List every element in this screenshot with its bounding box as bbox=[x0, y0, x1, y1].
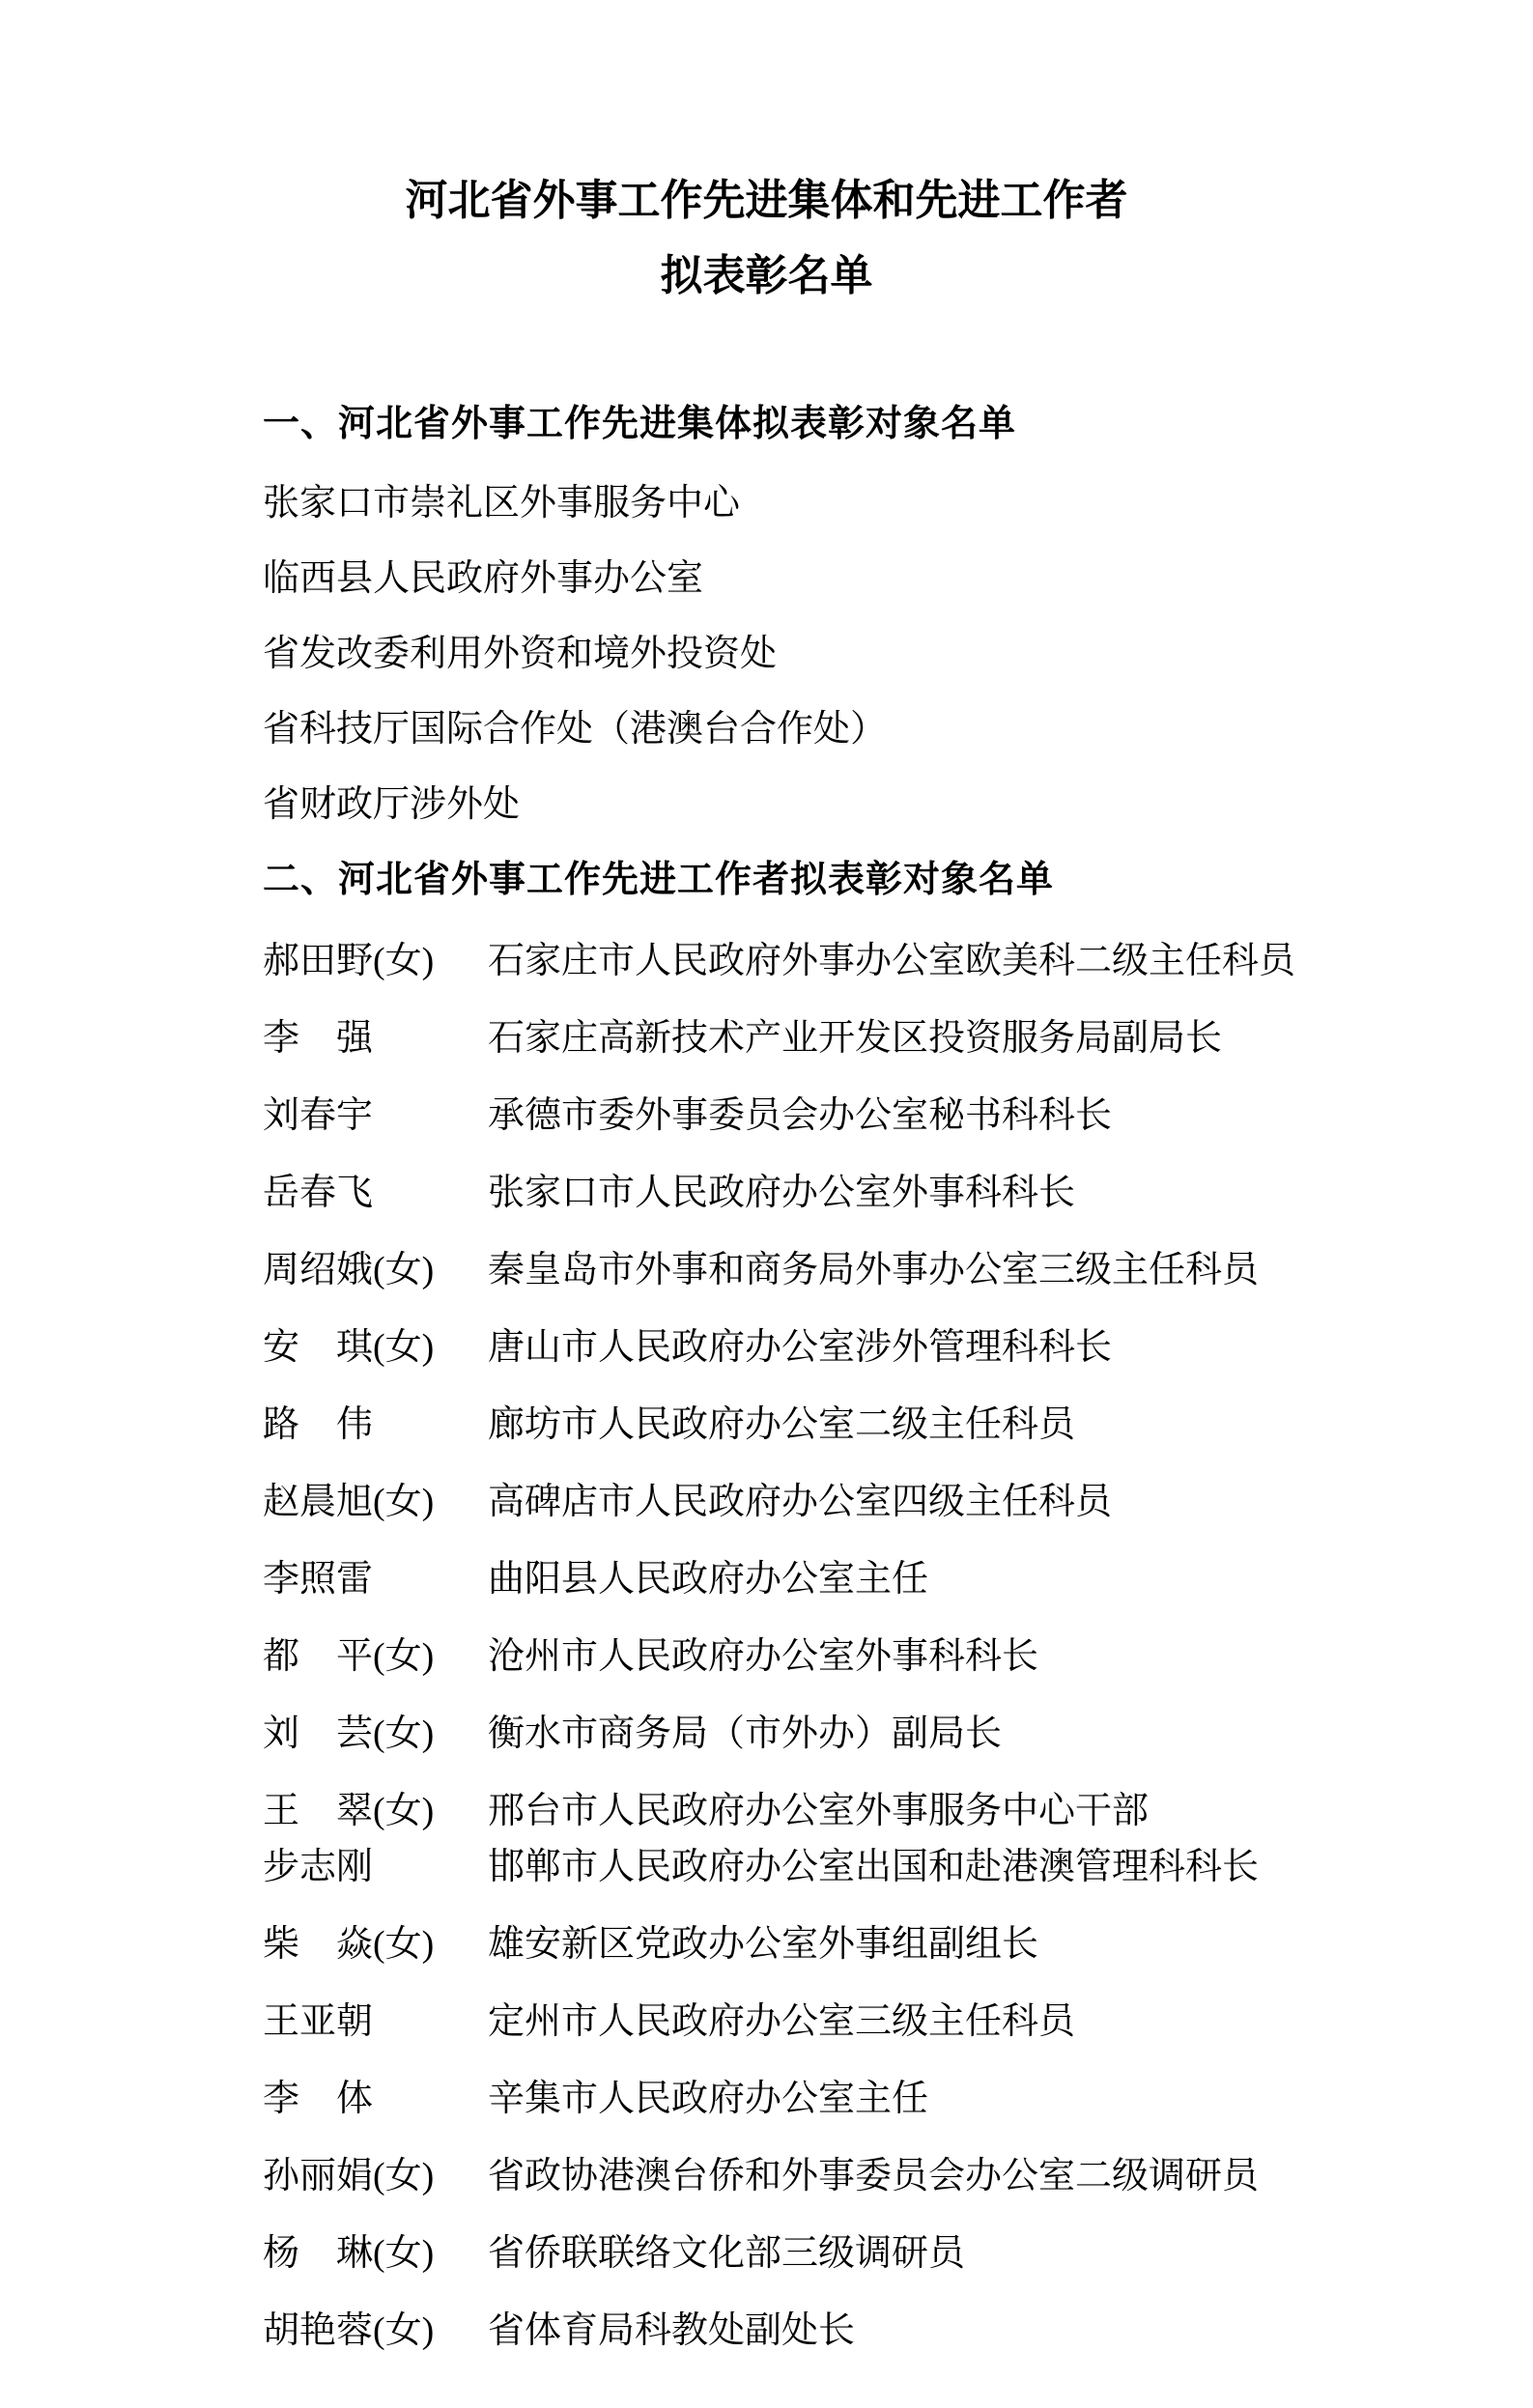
worker-name: 岳春飞 bbox=[263, 1175, 488, 1211]
worker-position: 省体育局科教处副处长 bbox=[488, 2312, 1378, 2349]
section2-heading: 二、河北省外事工作先进工作者拟表彰对象名单 bbox=[263, 862, 1378, 898]
worker-position: 衡水市商务局（市外办）副局长 bbox=[488, 1715, 1378, 1752]
worker-row: 李 体 辛集市人民政府办公室主任 bbox=[263, 2081, 1378, 2117]
worker-position: 邯郸市人民政府办公室出国和赴港澳管理科科长 bbox=[488, 1849, 1378, 1885]
worker-position: 辛集市人民政府办公室主任 bbox=[488, 2081, 1378, 2117]
worker-position: 雄安新区党政办公室外事组副组长 bbox=[488, 1926, 1378, 1963]
worker-row: 杨 琳(女) 省侨联联络文化部三级调研员 bbox=[263, 2235, 1378, 2272]
collective-list-item: 省科技厅国际合作处（港澳台合作处） bbox=[263, 711, 1378, 748]
section2-worker-list: 郝田野(女) 石家庄市人民政府外事办公室欧美科二级主任科员 李 强 石家庄高新技… bbox=[263, 943, 1378, 2349]
worker-row: 李 强 石家庄高新技术产业开发区投资服务局副局长 bbox=[263, 1020, 1378, 1057]
worker-position: 张家口市人民政府办公室外事科科长 bbox=[488, 1175, 1378, 1211]
worker-position: 邢台市人民政府办公室外事服务中心干部 bbox=[488, 1793, 1378, 1829]
worker-name: 王亚朝 bbox=[263, 2003, 488, 2040]
worker-name: 刘 芸(女) bbox=[263, 1715, 488, 1752]
collective-list-item: 临西县人民政府外事办公室 bbox=[263, 560, 1378, 597]
collective-list-item: 张家口市崇礼区外事服务中心 bbox=[263, 485, 1378, 522]
worker-name: 李 强 bbox=[263, 1020, 488, 1057]
worker-name: 路 伟 bbox=[263, 1406, 488, 1443]
worker-position: 廊坊市人民政府办公室二级主任科员 bbox=[488, 1406, 1378, 1443]
worker-name: 杨 琳(女) bbox=[263, 2235, 488, 2272]
worker-row: 步志刚 邯郸市人民政府办公室出国和赴港澳管理科科长 bbox=[263, 1849, 1378, 1885]
worker-row: 刘春宇 承德市委外事委员会办公室秘书科科长 bbox=[263, 1097, 1378, 1134]
worker-row: 郝田野(女) 石家庄市人民政府外事办公室欧美科二级主任科员 bbox=[263, 943, 1378, 979]
worker-position: 石家庄市人民政府外事办公室欧美科二级主任科员 bbox=[488, 943, 1378, 979]
document-body: 一、河北省外事工作先进集体拟表彰对象名单 张家口市崇礼区外事服务中心 临西县人民… bbox=[263, 406, 1378, 2349]
worker-name: 王 翠(女) bbox=[263, 1793, 488, 1829]
worker-name: 周绍娥(女) bbox=[263, 1252, 488, 1289]
document-page: 河北省外事工作先进集体和先进工作者 拟表彰名单 一、河北省外事工作先进集体拟表彰… bbox=[0, 0, 1533, 2408]
worker-row: 安 琪(女) 唐山市人民政府办公室涉外管理科科长 bbox=[263, 1329, 1378, 1366]
worker-name: 李照雷 bbox=[263, 1561, 488, 1598]
worker-position: 省政协港澳台侨和外事委员会办公室二级调研员 bbox=[488, 2158, 1378, 2195]
title-line-2: 拟表彰名单 bbox=[0, 255, 1533, 297]
document-title: 河北省外事工作先进集体和先进工作者 拟表彰名单 bbox=[0, 0, 1533, 297]
worker-name: 安 琪(女) bbox=[263, 1329, 488, 1366]
section1-collective-list: 张家口市崇礼区外事服务中心 临西县人民政府外事办公室 省发改委利用外资和境外投资… bbox=[263, 485, 1378, 823]
worker-position: 沧州市人民政府办公室外事科科长 bbox=[488, 1638, 1378, 1675]
worker-row: 王亚朝 定州市人民政府办公室三级主任科员 bbox=[263, 2003, 1378, 2040]
worker-position: 唐山市人民政府办公室涉外管理科科长 bbox=[488, 1329, 1378, 1366]
collective-list-item: 省发改委利用外资和境外投资处 bbox=[263, 636, 1378, 672]
worker-row: 胡艳蓉(女) 省体育局科教处副处长 bbox=[263, 2312, 1378, 2349]
title-line-1: 河北省外事工作先进集体和先进工作者 bbox=[0, 180, 1533, 222]
worker-row: 岳春飞 张家口市人民政府办公室外事科科长 bbox=[263, 1175, 1378, 1211]
worker-name: 李 体 bbox=[263, 2081, 488, 2117]
worker-position: 高碑店市人民政府办公室四级主任科员 bbox=[488, 1484, 1378, 1520]
section1-heading: 一、河北省外事工作先进集体拟表彰对象名单 bbox=[263, 406, 1378, 442]
worker-position: 曲阳县人民政府办公室主任 bbox=[488, 1561, 1378, 1598]
worker-name: 步志刚 bbox=[263, 1849, 488, 1885]
collective-list-item: 省财政厅涉外处 bbox=[263, 786, 1378, 823]
worker-row: 李照雷 曲阳县人民政府办公室主任 bbox=[263, 1561, 1378, 1598]
worker-position: 定州市人民政府办公室三级主任科员 bbox=[488, 2003, 1378, 2040]
worker-row: 赵晨旭(女) 高碑店市人民政府办公室四级主任科员 bbox=[263, 1484, 1378, 1520]
worker-position: 石家庄高新技术产业开发区投资服务局副局长 bbox=[488, 1020, 1378, 1057]
worker-row: 王 翠(女) 邢台市人民政府办公室外事服务中心干部 bbox=[263, 1793, 1378, 1829]
worker-row: 周绍娥(女) 秦皇岛市外事和商务局外事办公室三级主任科员 bbox=[263, 1252, 1378, 1289]
worker-row: 路 伟 廊坊市人民政府办公室二级主任科员 bbox=[263, 1406, 1378, 1443]
worker-position: 承德市委外事委员会办公室秘书科科长 bbox=[488, 1097, 1378, 1134]
worker-position: 秦皇岛市外事和商务局外事办公室三级主任科员 bbox=[488, 1252, 1378, 1289]
worker-row: 孙丽娟(女) 省政协港澳台侨和外事委员会办公室二级调研员 bbox=[263, 2158, 1378, 2195]
worker-row: 都 平(女) 沧州市人民政府办公室外事科科长 bbox=[263, 1638, 1378, 1675]
worker-name: 孙丽娟(女) bbox=[263, 2158, 488, 2195]
worker-name: 都 平(女) bbox=[263, 1638, 488, 1675]
worker-name: 郝田野(女) bbox=[263, 943, 488, 979]
worker-position: 省侨联联络文化部三级调研员 bbox=[488, 2235, 1378, 2272]
worker-name: 赵晨旭(女) bbox=[263, 1484, 488, 1520]
worker-name: 柴 焱(女) bbox=[263, 1926, 488, 1963]
worker-name: 胡艳蓉(女) bbox=[263, 2312, 488, 2349]
worker-row: 刘 芸(女) 衡水市商务局（市外办）副局长 bbox=[263, 1715, 1378, 1752]
worker-row: 柴 焱(女) 雄安新区党政办公室外事组副组长 bbox=[263, 1926, 1378, 1963]
worker-name: 刘春宇 bbox=[263, 1097, 488, 1134]
